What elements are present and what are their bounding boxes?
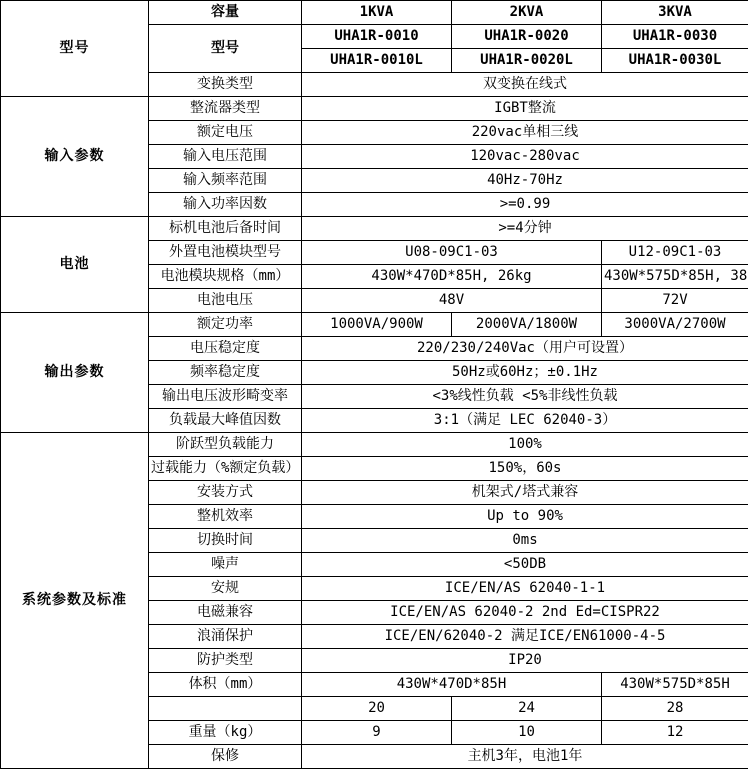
param-label-input-frequency-range: 输入频率范围 xyxy=(149,169,302,193)
category-cell-output: 输出参数 xyxy=(1,313,149,433)
param-label-conversion-type: 变换类型 xyxy=(149,73,302,97)
column-header-1kva: 1KVA xyxy=(302,1,452,25)
table-row: 输入参数 整流器类型 IGBT整流 xyxy=(1,97,748,121)
category-cell-input: 输入参数 xyxy=(1,97,149,217)
model-number-1kva-l: UHA1R-0010L xyxy=(302,49,452,73)
param-label-overload: 过载能力（%额定负载） xyxy=(149,457,302,481)
param-value-input-voltage-range: 120vac-280vac xyxy=(302,145,748,169)
param-value-input-power-factor: >=0.99 xyxy=(302,193,748,217)
param-label-battery-voltage: 电池电压 xyxy=(149,289,302,313)
param-value-battery-voltage-3kva: 72V xyxy=(602,289,748,313)
param-label-noise: 噪声 xyxy=(149,553,302,577)
param-value-rated-power-2kva: 2000VA/1800W xyxy=(452,313,602,337)
model-label-cell: 型号 xyxy=(149,25,302,73)
model-number-3kva-l: UHA1R-0030L xyxy=(602,49,748,73)
param-value-battery-module-spec-3kva: 430W*575D*85H, 38kg xyxy=(602,265,748,289)
param-label-efficiency: 整机效率 xyxy=(149,505,302,529)
param-value-rated-power-1kva: 1000VA/900W xyxy=(302,313,452,337)
param-label-empty xyxy=(149,697,302,721)
param-value-dim2-1kva: 20 xyxy=(302,697,452,721)
spec-table: 型号 容量 1KVA 2KVA 3KVA 型号 UHA1R-0010 UHA1R… xyxy=(0,0,748,769)
param-value-warranty: 主机3年，电池1年 xyxy=(302,745,748,769)
param-value-weight-3kva: 12 xyxy=(602,721,748,745)
category-cell-system: 系统参数及标准 xyxy=(1,433,149,769)
param-value-installation: 机架式/塔式兼容 xyxy=(302,481,748,505)
model-number-3kva: UHA1R-0030 xyxy=(602,25,748,49)
category-cell-battery: 电池 xyxy=(1,217,149,313)
param-value-input-frequency-range: 40Hz-70Hz xyxy=(302,169,748,193)
param-value-backup-time: >=4分钟 xyxy=(302,217,748,241)
param-label-weight: 重量（kg） xyxy=(149,721,302,745)
param-value-efficiency: Up to 90% xyxy=(302,505,748,529)
param-value-surge-protection: ICE/EN/62040-2 满足ICE/EN61000-4-5 xyxy=(302,625,748,649)
param-label-input-voltage-range: 输入电压范围 xyxy=(149,145,302,169)
param-value-dim2-2kva: 24 xyxy=(452,697,602,721)
param-label-battery-module-spec: 电池模块规格（mm） xyxy=(149,265,302,289)
param-label-transfer-time: 切换时间 xyxy=(149,529,302,553)
column-header-3kva: 3KVA xyxy=(602,1,748,25)
param-value-protection-class: IP20 xyxy=(302,649,748,673)
param-value-dim2-3kva: 28 xyxy=(602,697,748,721)
param-value-safety: ICE/EN/AS 62040-1-1 xyxy=(302,577,748,601)
param-value-battery-module-model-1-2kva: U08-09C1-03 xyxy=(302,241,602,265)
param-label-rectifier-type: 整流器类型 xyxy=(149,97,302,121)
param-value-rated-voltage: 220vac单相三线 xyxy=(302,121,748,145)
param-label-voltage-regulation: 电压稳定度 xyxy=(149,337,302,361)
category-cell-model: 型号 xyxy=(1,1,149,97)
param-value-output-voltage-distortion: <3%线性负载 <5%非线性负载 xyxy=(302,385,748,409)
param-value-voltage-regulation: 220/230/240Vac（用户可设置） xyxy=(302,337,748,361)
param-value-rated-power-3kva: 3000VA/2700W xyxy=(602,313,748,337)
param-value-load-crest-factor: 3:1（满足 LEC 62040-3） xyxy=(302,409,748,433)
param-value-step-load: 100% xyxy=(302,433,748,457)
ups-spec-sheet: 型号 容量 1KVA 2KVA 3KVA 型号 UHA1R-0010 UHA1R… xyxy=(0,0,748,769)
param-label-battery-module-model: 外置电池模块型号 xyxy=(149,241,302,265)
param-value-transfer-time: 0ms xyxy=(302,529,748,553)
param-label-safety: 安规 xyxy=(149,577,302,601)
model-number-2kva: UHA1R-0020 xyxy=(452,25,602,49)
param-label-backup-time: 标机电池后备时间 xyxy=(149,217,302,241)
param-label-rated-voltage: 额定电压 xyxy=(149,121,302,145)
param-value-weight-2kva: 10 xyxy=(452,721,602,745)
column-header-2kva: 2KVA xyxy=(452,1,602,25)
table-row: 型号 容量 1KVA 2KVA 3KVA xyxy=(1,1,748,25)
param-label-output-voltage-distortion: 输出电压波形畸变率 xyxy=(149,385,302,409)
param-value-overload: 150%，60s xyxy=(302,457,748,481)
model-number-1kva: UHA1R-0010 xyxy=(302,25,452,49)
param-value-conversion-type: 双变换在线式 xyxy=(302,73,748,97)
param-value-dimensions-3kva: 430W*575D*85H xyxy=(602,673,748,697)
table-row: 电池 标机电池后备时间 >=4分钟 xyxy=(1,217,748,241)
model-number-2kva-l: UHA1R-0020L xyxy=(452,49,602,73)
param-value-rectifier-type: IGBT整流 xyxy=(302,97,748,121)
param-value-battery-module-spec-1-2kva: 430W*470D*85H, 26kg xyxy=(302,265,602,289)
param-label-warranty: 保修 xyxy=(149,745,302,769)
param-label-surge-protection: 浪涌保护 xyxy=(149,625,302,649)
param-label-step-load: 阶跃型负载能力 xyxy=(149,433,302,457)
param-label-input-power-factor: 输入功率因数 xyxy=(149,193,302,217)
capacity-header-cell: 容量 xyxy=(149,1,302,25)
param-label-frequency-regulation: 频率稳定度 xyxy=(149,361,302,385)
param-label-load-crest-factor: 负载最大峰值因数 xyxy=(149,409,302,433)
param-value-battery-module-model-3kva: U12-09C1-03 xyxy=(602,241,748,265)
param-value-frequency-regulation: 50Hz或60Hz；±0.1Hz xyxy=(302,361,748,385)
table-row: 输出参数 额定功率 1000VA/900W 2000VA/1800W 3000V… xyxy=(1,313,748,337)
param-value-battery-voltage-1-2kva: 48V xyxy=(302,289,602,313)
param-value-noise: <50DB xyxy=(302,553,748,577)
param-label-emc: 电磁兼容 xyxy=(149,601,302,625)
param-label-protection-class: 防护类型 xyxy=(149,649,302,673)
param-label-installation: 安装方式 xyxy=(149,481,302,505)
param-label-rated-power: 额定功率 xyxy=(149,313,302,337)
param-value-weight-1kva: 9 xyxy=(302,721,452,745)
param-value-dimensions-1-2kva: 430W*470D*85H xyxy=(302,673,602,697)
param-label-dimensions: 体积（mm） xyxy=(149,673,302,697)
table-row: 系统参数及标准 阶跃型负载能力 100% xyxy=(1,433,748,457)
param-value-emc: ICE/EN/AS 62040-2 2nd Ed=CISPR22 xyxy=(302,601,748,625)
